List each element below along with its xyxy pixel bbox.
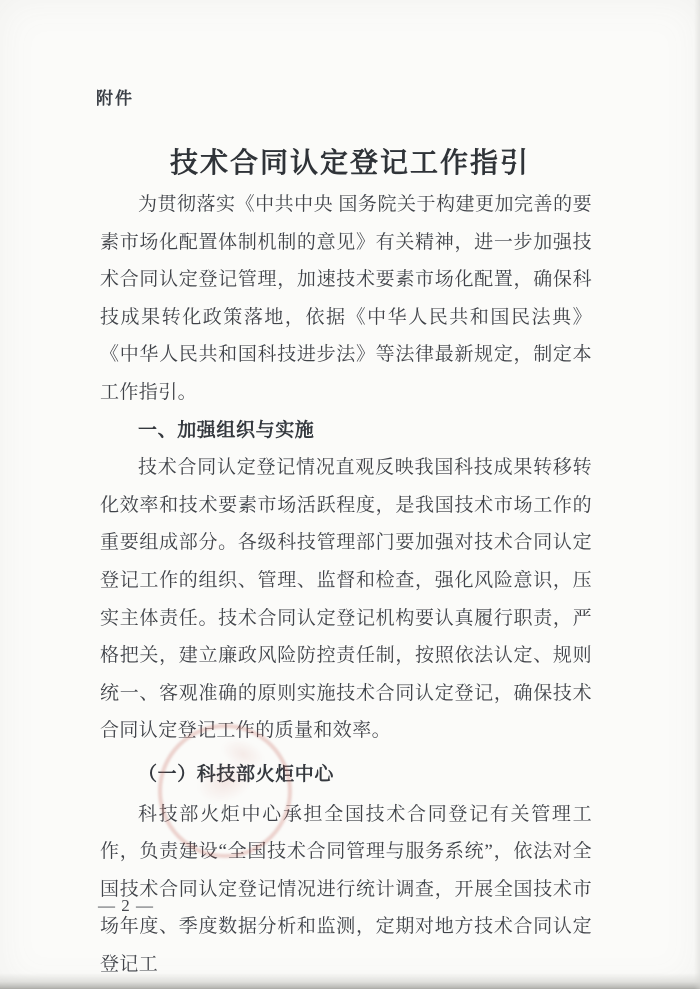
section-heading-1: 一、加强组织与实施 [100, 412, 592, 450]
attachment-label: 附件 [96, 84, 134, 109]
scan-shadow-bottom [0, 973, 700, 989]
page-number: — 2 — [98, 896, 154, 916]
paragraph-section-1: 技术合同认定登记情况直观反映我国科技成果转移转化效率和技术要素市场活跃程度，是我… [100, 449, 592, 750]
subsection-heading-1-1: （一）科技部火炬中心 [100, 756, 592, 794]
paragraph-subsection-1-1: 科技部火炬中心承担全国技术合同登记有关管理工作，负责建设“全国技术合同管理与服务… [100, 796, 592, 984]
scan-shadow-right [694, 0, 700, 989]
document-title: 技术合同认定登记工作指引 [100, 141, 600, 181]
paragraph-intro: 为贯彻落实《中共中央 国务院关于构建更加完善的要素市场化配置体制机制的意见》有关… [100, 186, 592, 412]
document-body: 为贯彻落实《中共中央 国务院关于构建更加完善的要素市场化配置体制机制的意见》有关… [100, 186, 592, 983]
document-page: 附件 技术合同认定登记工作指引 为贯彻落实《中共中央 国务院关于构建更加完善的要… [0, 0, 700, 989]
